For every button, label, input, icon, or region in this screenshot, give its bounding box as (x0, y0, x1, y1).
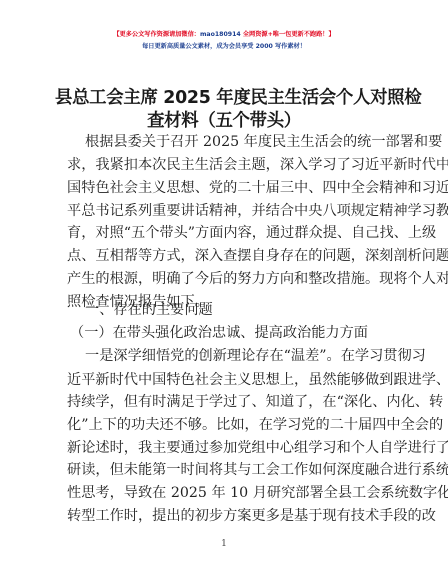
paragraph-line: 化”上下的功夫还不够。比如，在学习党的二十届四中全会的 (67, 416, 380, 434)
paragraph-line: 持续学，但有时满足于学过了、知道了，在“深化、内化、转 (67, 393, 380, 411)
paragraph-line: 新论述时，我主要通过参加党组中心组学习和个人自学进行了 (67, 439, 380, 457)
intro-line: 求，我紧扣本次民主生活会主题，深入学习了习近平新时代中 (67, 156, 380, 174)
paragraph-line: 研读，但未能第一时间将其与工会工作如何深度融合进行系统 (67, 461, 380, 479)
intro-line: 国特色社会主义思想、党的二十届三中、四中全会精神和习近 (67, 179, 380, 197)
intro-line: 点、互相帮等方式，深入查摆自身存在的问题，深刻剖析问题 (67, 247, 380, 265)
paragraph-line: 近平新时代中国特色社会主义思想上，虽然能够做到跟进学、 (67, 371, 380, 389)
paragraph-line: 转型工作时，提出的初步方案更多是基于现有技术手段的改 (67, 507, 380, 525)
document-title-line-1: 县总工会主席 2025 年度民主生活会个人对照检 (55, 83, 393, 108)
paragraph-line: 一是深学细悟党的创新理论存在“温差”。在学习贯彻习 (85, 347, 380, 365)
promo-text-right: 全网资源+唯一包更新不跑路！】 (241, 31, 335, 38)
paragraph-line: 性思考，导致在 2025 年 10 月研究部署全县工会系统数字化 (67, 484, 380, 502)
document-title-line-2: 查材料（五个带头） (55, 106, 393, 131)
intro-line: 产生的根源，明确了今后的努力方向和整改措施。现将个人对 (67, 270, 380, 288)
intro-line: 平总书记系列重要讲话精神，并结合中央八项规定精神学习教 (67, 202, 380, 220)
intro-line: 根据县委关于召开 2025 年度民主生活会的统一部署和要 (85, 133, 380, 151)
subsection-heading: （一）在带头强化政治忠诚、提高政治能力方面 (70, 324, 368, 342)
promo-banner-line-2: 每日更新高质量公文素材，成为会员享受 2000 写作素材！ (0, 41, 448, 50)
promo-text-left: 【更多公文写作资源请加微信： (113, 31, 200, 38)
section-heading: 一、存在的主要问题 (85, 301, 213, 319)
page-number: 1 (0, 539, 448, 549)
wechat-id: mao180914 (200, 31, 241, 38)
promo-banner-line-1: 【更多公文写作资源请加微信：mao180914 全网资源+唯一包更新不跑路！】 (0, 29, 448, 38)
intro-line: 育，对照“五个带头”方面内容，通过群众提、自己找、上级 (67, 224, 380, 242)
